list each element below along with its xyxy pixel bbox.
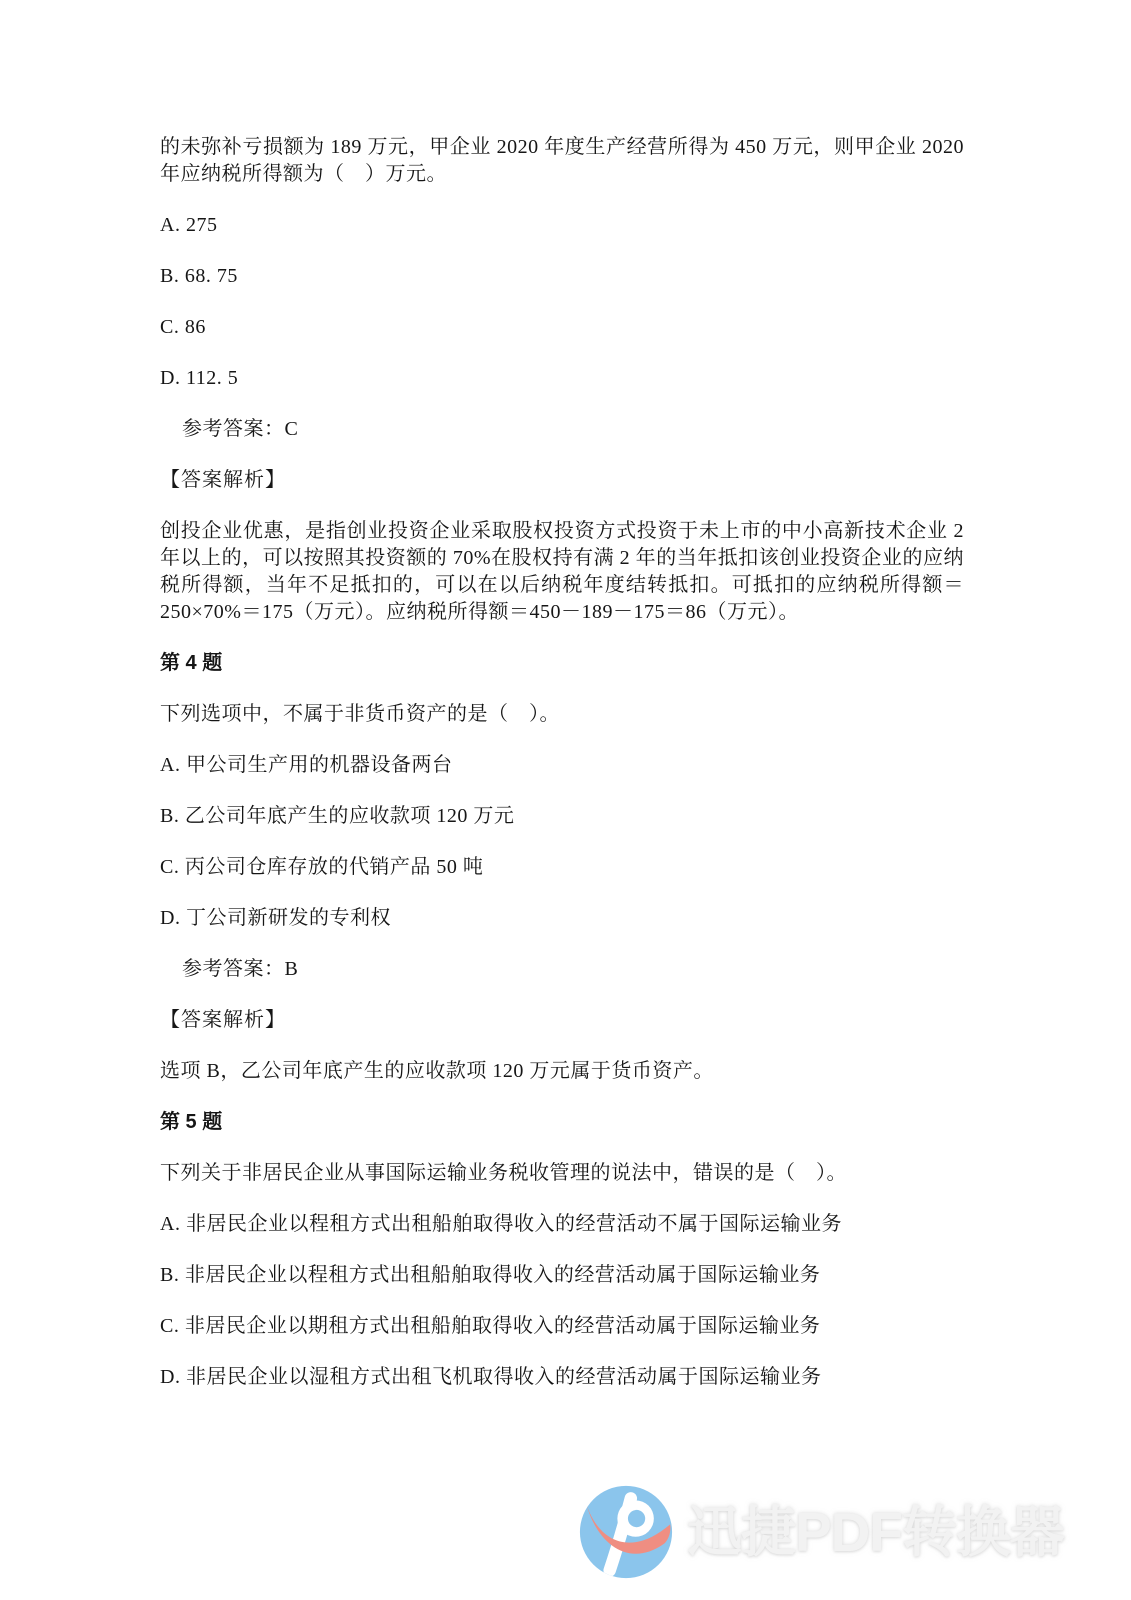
q3-option-d: D. 112. 5 bbox=[160, 365, 964, 392]
q3-analysis-text: 创投企业优惠，是指创业投资企业采取股权投资方式投资于未上市的中小高新技术企业 2… bbox=[160, 518, 964, 626]
q4-option-b: B. 乙公司年底产生的应收款项 120 万元 bbox=[160, 803, 964, 830]
q5-stem: 下列关于非居民企业从事国际运输业务税收管理的说法中，错误的是（ ）。 bbox=[160, 1160, 964, 1187]
q4-reference-answer: 参考答案：B bbox=[160, 956, 964, 983]
q3-option-b: B. 68. 75 bbox=[160, 263, 964, 290]
document-page: 的未弥补亏损额为 189 万元，甲企业 2020 年度生产经营所得为 450 万… bbox=[0, 0, 1131, 1600]
q4-option-d: D. 丁公司新研发的专利权 bbox=[160, 905, 964, 932]
q5-heading: 第 5 题 bbox=[160, 1109, 964, 1136]
pdf-converter-logo-icon bbox=[578, 1484, 674, 1580]
q5-option-c: C. 非居民企业以期租方式出租船舶取得收入的经营活动属于国际运输业务 bbox=[160, 1313, 964, 1340]
q3-stem-continuation: 的未弥补亏损额为 189 万元，甲企业 2020 年度生产经营所得为 450 万… bbox=[160, 134, 964, 188]
q5-option-a: A. 非居民企业以程租方式出租船舶取得收入的经营活动不属于国际运输业务 bbox=[160, 1211, 964, 1238]
q4-stem: 下列选项中，不属于非货币资产的是（ ）。 bbox=[160, 701, 964, 728]
q4-option-c: C. 丙公司仓库存放的代销产品 50 吨 bbox=[160, 854, 964, 881]
q4-heading: 第 4 题 bbox=[160, 650, 964, 677]
q3-option-a: A. 275 bbox=[160, 212, 964, 239]
q3-analysis-header: 【答案解析】 bbox=[160, 467, 964, 494]
q3-option-c: C. 86 bbox=[160, 314, 964, 341]
watermark-text: 迅捷PDF转换器 bbox=[687, 1484, 1064, 1580]
q5-option-d: D. 非居民企业以湿租方式出租飞机取得收入的经营活动属于国际运输业务 bbox=[160, 1364, 964, 1391]
q4-analysis-header: 【答案解析】 bbox=[160, 1007, 964, 1034]
document-content: 的未弥补亏损额为 189 万元，甲企业 2020 年度生产经营所得为 450 万… bbox=[160, 134, 964, 1415]
q5-option-b: B. 非居民企业以程租方式出租船舶取得收入的经营活动属于国际运输业务 bbox=[160, 1262, 964, 1289]
q4-option-a: A. 甲公司生产用的机器设备两台 bbox=[160, 752, 964, 779]
q4-analysis-text: 选项 B，乙公司年底产生的应收款项 120 万元属于货币资产。 bbox=[160, 1058, 964, 1085]
q3-reference-answer: 参考答案：C bbox=[160, 416, 964, 443]
watermark: 迅捷PDF转换器 bbox=[578, 1484, 1064, 1580]
